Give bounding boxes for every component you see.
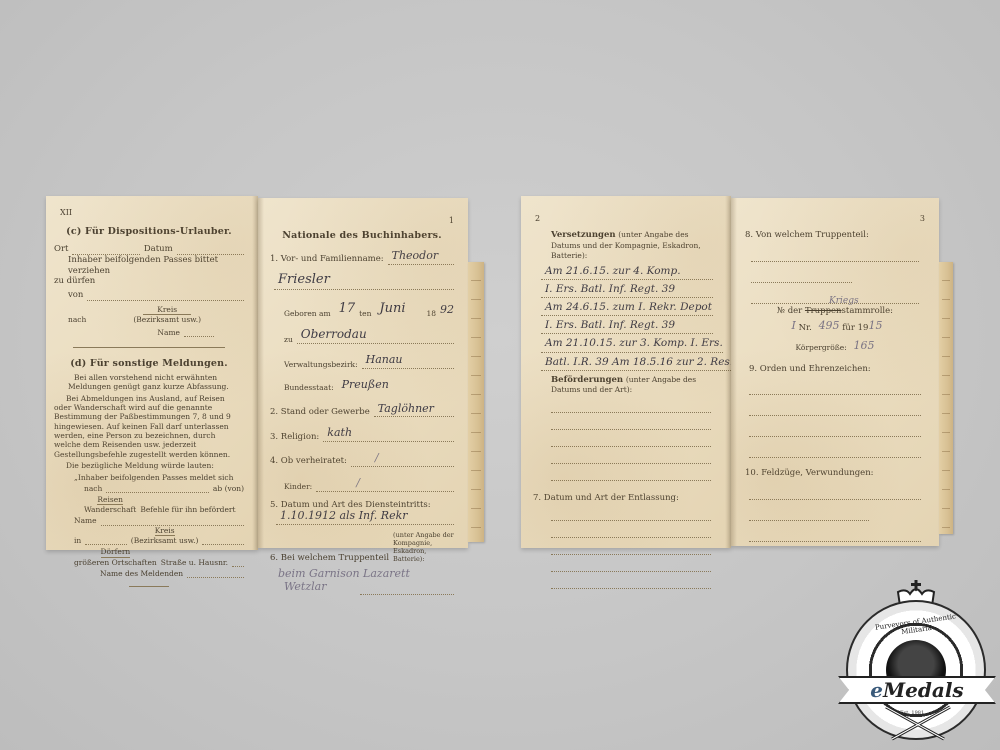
- end-rule: [129, 586, 169, 587]
- section-d-para-3: Die bezügliche Meldung würde lauten:: [54, 461, 244, 470]
- divider: [73, 347, 225, 348]
- brand-name: Medals: [883, 678, 964, 702]
- kreis-label-d: Kreis: [155, 526, 175, 536]
- section-c-text-2: zu dürfen: [54, 276, 244, 287]
- unit-heading: 8. Von welchem Truppenteil:: [745, 230, 925, 241]
- children-label: Kinder:: [284, 482, 312, 491]
- nationale-heading: Nationale des Buchinhabers.: [270, 230, 454, 242]
- nach-label: nach: [68, 315, 86, 324]
- page-3: 3 8. Von welchem Truppenteil: Kriegs № d…: [731, 198, 939, 546]
- occupation-label: 2. Stand oder Gewerbe: [270, 407, 370, 418]
- discharge-heading: 7. Datum und Art der Entlassung:: [533, 493, 719, 504]
- children-value: /: [316, 476, 360, 489]
- name-label-d: Name: [74, 516, 97, 525]
- first-name-value: Theodor: [388, 249, 438, 262]
- est-text: Est. 1981: [900, 710, 924, 716]
- religion-value: kath: [323, 426, 352, 439]
- unterschrift-label: Name des Meldenden: [100, 569, 183, 578]
- dorf-label: Dörfern: [101, 547, 131, 557]
- strasse-label: Straße u. Hausnr.: [161, 558, 228, 567]
- nr-label: Nr.: [799, 323, 812, 333]
- nach-label-d: nach: [84, 484, 102, 493]
- nr-value: 495: [815, 319, 840, 332]
- transfer-entry-text: Am 24.6.15. zum I. Rekr. Depot: [541, 301, 712, 313]
- emedals-logo: Purveyors of Authentic Militaria eMedals…: [838, 578, 998, 746]
- state-label: Bundesstaat:: [284, 383, 334, 392]
- state-value: Preußen: [338, 378, 389, 391]
- decorations-heading: 9. Orden und Ehrenzeichen:: [745, 364, 925, 375]
- transfer-entry-text: I. Ers. Batl. Inf. Regt. 39: [541, 283, 675, 295]
- district-label: Verwaltungsbezirk:: [284, 360, 358, 369]
- von-field: [87, 290, 244, 301]
- quote-text: „Inhaber beifolgenden Passes meldet sich: [74, 473, 233, 482]
- height-label: Körpergröße:: [796, 343, 847, 352]
- enlistment-value: 1.10.1912 als Inf. Rekr: [276, 509, 408, 522]
- page-2: 2 Versetzungen (unter Angabe des Datums …: [521, 196, 731, 548]
- ten-label: ten: [359, 309, 371, 318]
- year-prefix: 18: [426, 309, 436, 318]
- ortschaften-label: größeren Ortschaften: [74, 558, 157, 567]
- unit-value-2: Wetzlar: [280, 580, 326, 594]
- surname-value: Friesler: [274, 272, 330, 287]
- birth-month-value: Juni: [375, 301, 422, 317]
- year-label: für 19: [842, 323, 868, 333]
- von-label: von: [68, 290, 83, 301]
- transfer-entry-text: Am 21.6.15. zur 4. Komp.: [541, 265, 681, 277]
- transfer-entry: I. Ers. Batl. Inf. Regt. 39: [533, 320, 719, 334]
- district-value: Hanau: [362, 353, 403, 366]
- page-1: 1 Nationale des Buchinhabers. 1. Vor- un…: [258, 198, 468, 548]
- brand-e: e: [870, 678, 883, 702]
- unit-value: beim Garnison Lazarett: [274, 567, 410, 581]
- birth-day-value: 17: [335, 301, 356, 317]
- transfer-entry: Am 21.10.15. zur 3. Komp. I. Ers.: [533, 338, 719, 352]
- unit-label: 6. Bei welchem Truppenteil: [270, 553, 389, 564]
- section-d-para-2: Bei Abmeldungen ins Ausland, auf Reisen …: [54, 394, 244, 460]
- ort-label: Ort: [54, 244, 68, 255]
- section-c-text: Inhaber beifolgenden Passes bittet verzi…: [54, 255, 244, 276]
- transfer-entry: I. Ers. Batl. Inf. Regt. 39: [533, 284, 719, 298]
- roll-label-prefix: № der: [777, 306, 802, 316]
- name-label: Name: [157, 328, 180, 337]
- promotions-heading: Beförderungen: [551, 375, 623, 385]
- campaigns-heading: 10. Feldzüge, Verwundungen:: [745, 468, 925, 479]
- in-label: in: [74, 536, 81, 545]
- married-label: 4. Ob verheiratet:: [270, 456, 347, 467]
- page-edges: [468, 262, 484, 542]
- section-d-para-1: Bei allen vorstehend nicht erwähnten Mel…: [54, 373, 244, 392]
- unit-note: (unter Angabe der Kompagnie, Eskadron, B…: [393, 531, 454, 564]
- crossed-swords-icon: [878, 703, 958, 743]
- married-value: /: [351, 451, 379, 464]
- name-label: 1. Vor- und Familienname:: [270, 254, 384, 265]
- transfer-entry-text: I. Ers. Batl. Inf. Regt. 39: [541, 319, 675, 331]
- year-value: 15: [868, 319, 882, 332]
- befehle-text: Befehle für ihn befördert: [140, 505, 235, 514]
- transfer-entry: Am 24.6.15. zum I. Rekr. Depot: [533, 302, 719, 316]
- birthplace-value: Oberrodau: [297, 327, 367, 341]
- kreis-label: Kreis: [143, 305, 191, 315]
- born-label: Geboren am: [284, 309, 331, 318]
- transfers-heading: Versetzungen: [551, 230, 616, 240]
- religion-label: 3. Religion:: [270, 432, 319, 443]
- zu-label: zu: [284, 335, 293, 344]
- datum-field: [177, 244, 244, 255]
- page-number: 1: [449, 216, 454, 226]
- transfer-entry: Batl. I.R. 39 Am 18.5.16 zur 2. Res.: [533, 357, 719, 371]
- page-number: XII: [60, 208, 72, 218]
- page-number: 3: [920, 214, 925, 224]
- page-xii: XII (c) Für Dispositions-Urlauber. Ort D…: [46, 196, 258, 550]
- brand-banner: eMedals: [838, 676, 996, 704]
- birth-year-value: 92: [440, 303, 454, 317]
- bezirk-label: (Bezirksamt usw.): [133, 315, 201, 324]
- transfer-entry-text: Am 21.10.15. zur 3. Komp. I. Ers.: [541, 337, 723, 349]
- section-d-heading: (d) Für sonstige Meldungen.: [54, 358, 244, 370]
- roman-value: I: [788, 319, 796, 332]
- transfer-entry: Am 21.6.15. zur 4. Komp.: [533, 266, 719, 280]
- datum-label: Datum: [144, 244, 173, 255]
- ab-label: ab (von): [213, 484, 244, 493]
- bezirk-label-d: (Bezirksamt usw.): [131, 536, 199, 545]
- occupation-value: Taglöhner: [374, 402, 434, 415]
- transfer-entry-text: Batl. I.R. 39 Am 18.5.16 zur 2. Res.: [541, 356, 733, 368]
- height-value: 165: [849, 339, 874, 352]
- page-edges: [939, 262, 953, 534]
- section-c-heading: (c) Für Dispositions-Urlauber.: [54, 226, 244, 238]
- inserted-word: Kriegs: [825, 296, 859, 316]
- page-number: 2: [535, 214, 540, 224]
- reisen-label: Reisen: [97, 495, 123, 505]
- wanderschaft-label: Wanderschaft: [84, 505, 136, 514]
- transfers-list: Am 21.6.15. zur 4. Komp.I. Ers. Batl. In…: [533, 266, 719, 371]
- ort-field: [72, 244, 139, 255]
